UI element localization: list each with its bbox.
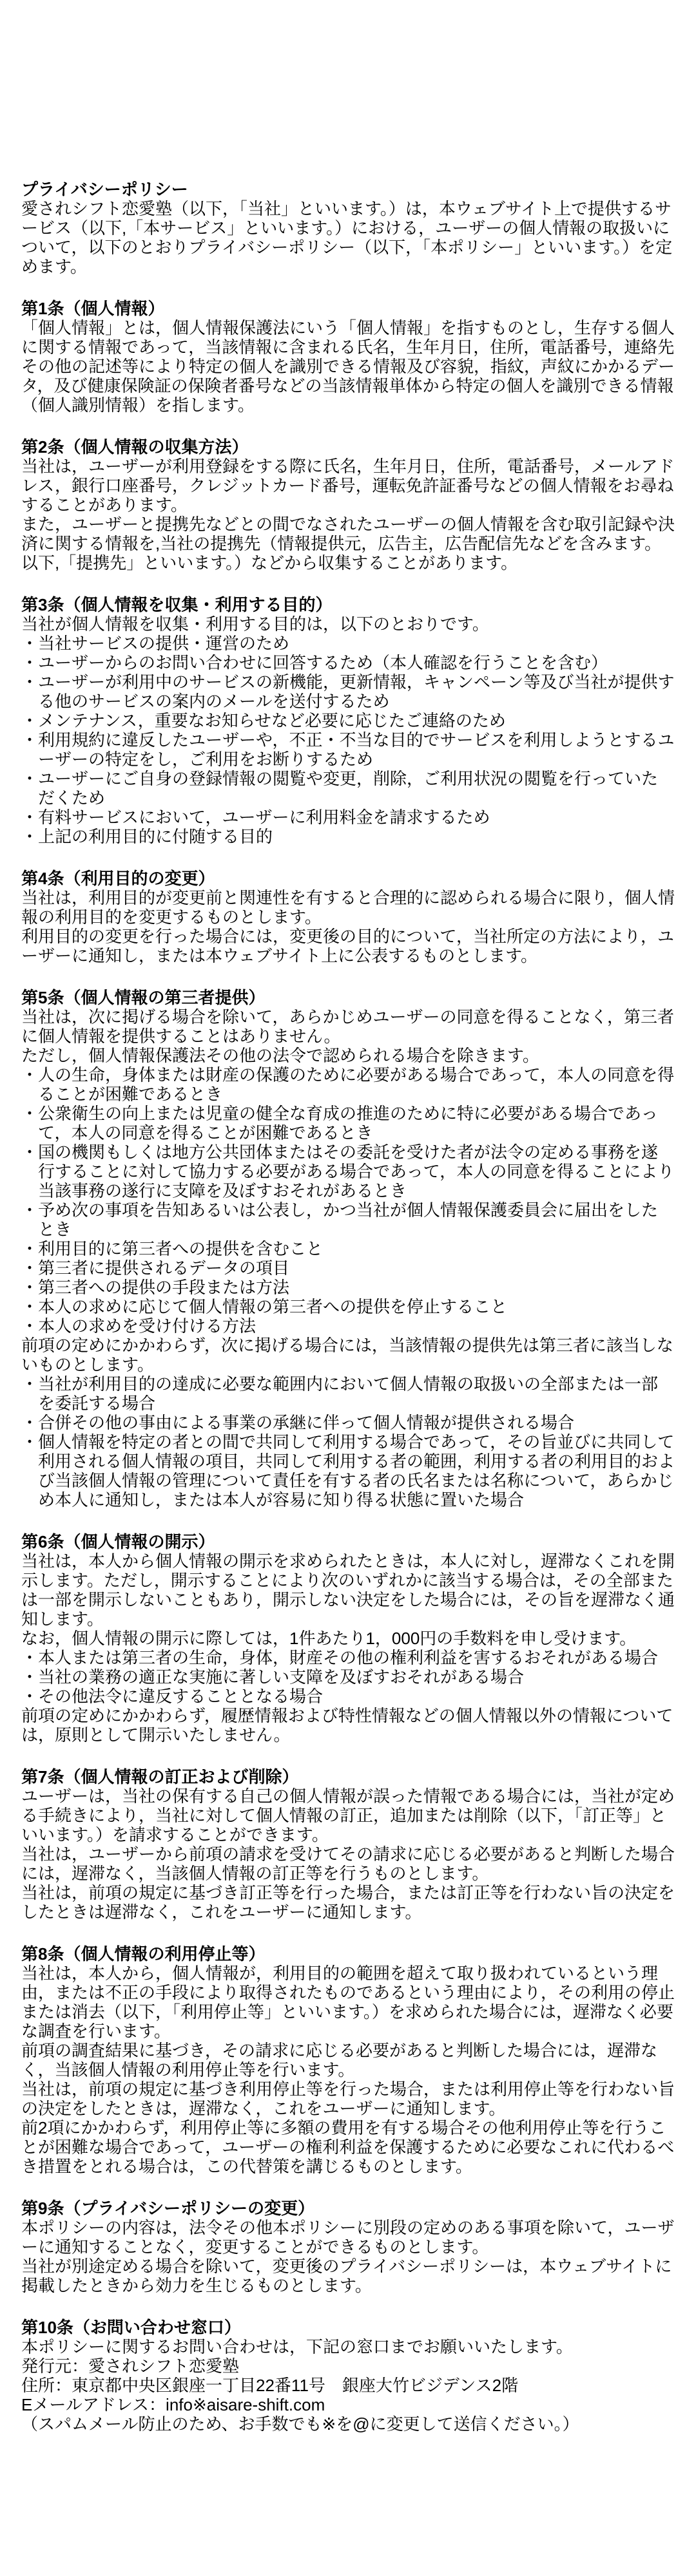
section-paragraph: 前2項にかかわらず，利用停止等に多額の費用を有する場合その他利用停止等を行うこと… [21,2118,675,2176]
privacy-policy-page: プライバシーポリシー 愛されシフト恋愛塾（以下，「当社」といいます。）は，本ウェ… [0,0,696,2576]
list-item: 第三者への提供の手段または方法 [21,1278,675,1297]
list-item: ユーザーにご自身の登録情報の閲覧や変更，削除，ご利用状況の閲覧を行っていただくた… [21,769,675,808]
section-heading: 第3条（個人情報を収集・利用する目的） [21,595,675,614]
section-paragraph: 前項の定めにかかわらず，次に掲げる場合には，当該情報の提供先は第三者に該当しない… [21,1336,675,1374]
section-heading: 第10条（お問い合わせ窓口） [21,2318,675,2337]
section-heading: 第4条（利用目的の変更） [21,869,675,888]
list-item: 上記の利用目的に付随する目的 [21,827,675,846]
list-item: 当社が利用目的の達成に必要な範囲内において個人情報の取扱いの全部または一部を委託… [21,1374,675,1413]
policy-section: 第8条（個人情報の利用停止等）当社は，本人から，個人情報が，利用目的の範囲を超え… [21,1944,675,2176]
section-heading: 第9条（プライバシーポリシーの変更） [21,2199,675,2218]
sections-container: 第1条（個人情報）「個人情報」とは，個人情報保護法にいう「個人情報」を指すものと… [21,299,675,2434]
list-item: 本人の求めに応じて個人情報の第三者への提供を停止すること [21,1297,675,1316]
section-paragraph: 当社は，ユーザーから前項の請求を受けてその請求に応じる必要があると判断した場合に… [21,1844,675,1883]
section-paragraph: また，ユーザーと提携先などとの間でなされたユーザーの個人情報を含む取引記録や決済… [21,515,675,573]
policy-section: 第1条（個人情報）「個人情報」とは，個人情報保護法にいう「個人情報」を指すものと… [21,299,675,415]
list-item: 人の生命，身体または財産の保護のために必要がある場合であって，本人の同意を得るこ… [21,1065,675,1104]
section-paragraph: 当社は，前項の規定に基づき利用停止等を行った場合，または利用停止等を行わない旨の… [21,2079,675,2118]
intro-paragraph: 愛されシフト恋愛塾（以下，「当社」といいます。）は，本ウェブサイト上で提供するサ… [21,199,675,276]
section-paragraph: ただし，個人情報保護法その他の法令で認められる場合を除きます。 [21,1046,675,1065]
section-paragraph: 当社は，前項の規定に基づき訂正等を行った場合，または訂正等を行わない旨の決定をし… [21,1883,675,1922]
policy-section: 第3条（個人情報を収集・利用する目的）当社が個人情報を収集・利用する目的は，以下… [21,595,675,846]
list-item: 利用目的に第三者への提供を含むこと [21,1239,675,1258]
list-item: その他法令に違反することとなる場合 [21,1687,675,1706]
policy-section: 第5条（個人情報の第三者提供）当社は，次に掲げる場合を除いて，あらかじめユーザー… [21,988,675,1510]
section-paragraph: 当社が個人情報を収集・利用する目的は，以下のとおりです。 [21,614,675,634]
section-bullet-list: 当社サービスの提供・運営のためユーザーからのお問い合わせに回答するため（本人確認… [21,634,675,846]
section-paragraph: 本ポリシーの内容は，法令その他本ポリシーに別段の定めのある事項を除いて，ユーザー… [21,2218,675,2257]
section-paragraph: 利用目的の変更を行った場合には，変更後の目的について，当社所定の方法により，ユー… [21,927,675,965]
section-paragraph: 当社は，本人から個人情報の開示を求められたときは，本人に対し，遅滞なくこれを開示… [21,1551,675,1629]
section-paragraph: 当社が別途定める場合を除いて，変更後のプライバシーポリシーは，本ウェブサイトに掲… [21,2257,675,2295]
section-paragraph: 当社は，次に掲げる場合を除いて，あらかじめユーザーの同意を得ることなく，第三者に… [21,1007,675,1046]
section-paragraph: 前項の調査結果に基づき，その請求に応じる必要があると判断した場合には，遅滞なく，… [21,2041,675,2079]
list-item: 公衆衛生の向上または児童の健全な育成の推進のために特に必要がある場合であって，本… [21,1104,675,1142]
page-title: プライバシーポリシー [21,180,675,199]
list-item: 個人情報を特定の者との間で共同して利用する場合であって，その旨並びに共同して利用… [21,1432,675,1510]
list-item: ユーザーからのお問い合わせに回答するため（本人確認を行うことを含む） [21,653,675,672]
list-item: 利用規約に違反したユーザーや，不正・不当な目的でサービスを利用しようとするユーザ… [21,730,675,769]
section-paragraph: （スパムメール防止のため、お手数でも※を@に変更して送信ください。） [21,2414,675,2434]
section-bullet-list: 人の生命，身体または財産の保護のために必要がある場合であって，本人の同意を得るこ… [21,1065,675,1336]
section-paragraph: 本ポリシーに関するお問い合わせは，下記の窓口までお願いいたします。 [21,2337,675,2356]
list-item: 第三者に提供されるデータの項目 [21,1258,675,1278]
section-paragraph: 当社は，利用目的が変更前と関連性を有すると合理的に認められる場合に限り，個人情報… [21,888,675,927]
policy-section: 第9条（プライバシーポリシーの変更）本ポリシーの内容は，法令その他本ポリシーに別… [21,2199,675,2295]
list-item: 予め次の事項を告知あるいは公表し，かつ当社が個人情報保護委員会に届出をしたとき [21,1200,675,1239]
list-item: 有料サービスにおいて，ユーザーに利用料金を請求するため [21,808,675,827]
section-paragraph: Eメールアドレス：info※aisare-shift.com [21,2395,675,2414]
section-paragraph: 「個人情報」とは，個人情報保護法にいう「個人情報」を指すものとし，生存する個人に… [21,318,675,415]
privacy-policy-document: プライバシーポリシー 愛されシフト恋愛塾（以下，「当社」といいます。）は，本ウェ… [21,180,675,2434]
section-bullet-list: 本人または第三者の生命，身体，財産その他の権利利益を害するおそれがある場合当社の… [21,1648,675,1706]
section-heading: 第6条（個人情報の開示） [21,1532,675,1551]
section-paragraph: 発行元：愛されシフト恋愛塾 [21,2356,675,2376]
policy-section: 第7条（個人情報の訂正および削除）ユーザーは，当社の保有する自己の個人情報が誤っ… [21,1767,675,1922]
policy-section: 第6条（個人情報の開示）当社は，本人から個人情報の開示を求められたときは，本人に… [21,1532,675,1745]
section-heading: 第2条（個人情報の収集方法） [21,437,675,457]
list-item: 本人の求めを受け付ける方法 [21,1316,675,1336]
section-paragraph: 当社は，本人から，個人情報が，利用目的の範囲を超えて取り扱われているという理由，… [21,1964,675,2041]
list-item: メンテナンス，重要なお知らせなど必要に応じたご連絡のため [21,711,675,730]
section-heading: 第1条（個人情報） [21,299,675,318]
list-item: 当社の業務の適正な実施に著しい支障を及ぼすおそれがある場合 [21,1667,675,1687]
list-item: 本人または第三者の生命，身体，財産その他の権利利益を害するおそれがある場合 [21,1648,675,1667]
section-heading: 第7条（個人情報の訂正および削除） [21,1767,675,1786]
section-paragraph: ユーザーは，当社の保有する自己の個人情報が誤った情報である場合には，当社が定める… [21,1786,675,1844]
policy-section: 第4条（利用目的の変更）当社は，利用目的が変更前と関連性を有すると合理的に認めら… [21,869,675,965]
section-bullet-list: 当社が利用目的の達成に必要な範囲内において個人情報の取扱いの全部または一部を委託… [21,1374,675,1510]
section-paragraph: 当社は，ユーザーが利用登録をする際に氏名，生年月日，住所，電話番号，メールアドレ… [21,457,675,515]
section-heading: 第8条（個人情報の利用停止等） [21,1944,675,1964]
section-heading: 第5条（個人情報の第三者提供） [21,988,675,1007]
policy-section: 第2条（個人情報の収集方法）当社は，ユーザーが利用登録をする際に氏名，生年月日，… [21,437,675,573]
policy-section: 第10条（お問い合わせ窓口）本ポリシーに関するお問い合わせは，下記の窓口までお願… [21,2318,675,2434]
section-paragraph: なお，個人情報の開示に際しては，1件あたり1，000円の手数料を申し受けます。 [21,1629,675,1648]
section-paragraph: 住所：東京都中央区銀座一丁目22番11号 銀座大竹ビジデンス2階 [21,2376,675,2395]
list-item: ユーザーが利用中のサービスの新機能，更新情報，キャンペーン等及び当社が提供する他… [21,672,675,711]
section-paragraph: 前項の定めにかかわらず，履歴情報および特性情報などの個人情報以外の情報については… [21,1706,675,1745]
list-item: 当社サービスの提供・運営のため [21,634,675,653]
list-item: 合併その他の事由による事業の承継に伴って個人情報が提供される場合 [21,1413,675,1432]
list-item: 国の機関もしくは地方公共団体またはその委託を受けた者が法令の定める事務を遂行する… [21,1142,675,1200]
